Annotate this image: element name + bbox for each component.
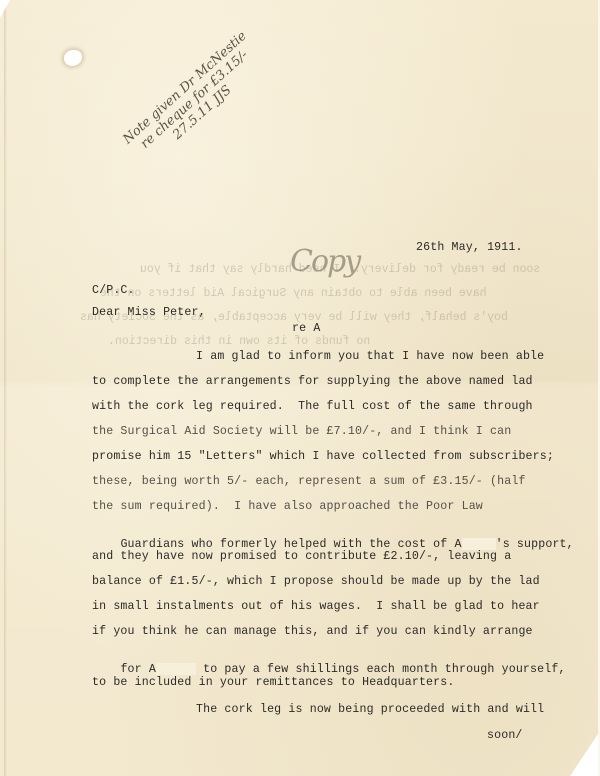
- body-line: the Surgical Aid Society will be £7.10/-…: [92, 425, 511, 438]
- body-line: The cork leg is now being proceeded with…: [196, 703, 544, 716]
- show-through-text: have been able to obtain any Surgical Ai…: [100, 287, 486, 300]
- show-through-text: no funds of its own in this direction.: [108, 335, 370, 348]
- body-text: for A: [120, 663, 156, 676]
- folded-corner: [570, 734, 598, 776]
- body-line: promise him 15 "Letters" which I have co…: [92, 450, 554, 463]
- handwritten-annotation: Note given Dr McNestie re cheque for £3.…: [52, 0, 201, 90]
- salutation: Dear Miss Peter,: [92, 306, 206, 319]
- body-line: balance of £1.5/-, which I propose shoul…: [92, 575, 540, 588]
- redacted-name: [156, 663, 196, 675]
- body-line: the sum required). I have also approache…: [92, 500, 483, 513]
- body-text: to pay a few shillings each month throug…: [203, 663, 565, 676]
- body-line: and they have now promised to contribute…: [92, 550, 511, 563]
- handwritten-line: re cheque for £3.15/-: [138, 48, 251, 152]
- body-line: in small instalments out of his wages. I…: [92, 600, 540, 613]
- body-line: to be included in your remittances to He…: [92, 676, 454, 689]
- redacted-name: [462, 538, 496, 550]
- body-line: with the cork leg required. The full cos…: [92, 400, 533, 413]
- paper-fold: [4, 0, 7, 776]
- letter-date: 26th May, 1911.: [416, 241, 523, 254]
- body-line: if you think he can manage this, and if …: [92, 625, 533, 638]
- letter-page: Note given Dr McNestie re cheque for £3.…: [0, 0, 600, 776]
- continuation-catchword: soon/: [487, 729, 523, 742]
- body-line: to complete the arrangements for supplyi…: [92, 375, 533, 388]
- torn-corner: [0, 0, 10, 18]
- re-line: re A: [292, 322, 320, 335]
- reference-code: C/P.C.: [92, 284, 135, 297]
- punch-hole: [64, 50, 82, 66]
- show-through-text: soon be ready for delivery. I need hardl…: [140, 263, 540, 276]
- body-line: these, being worth 5/- each, represent a…: [92, 475, 526, 488]
- body-line: I am glad to inform you that I have now …: [196, 350, 544, 363]
